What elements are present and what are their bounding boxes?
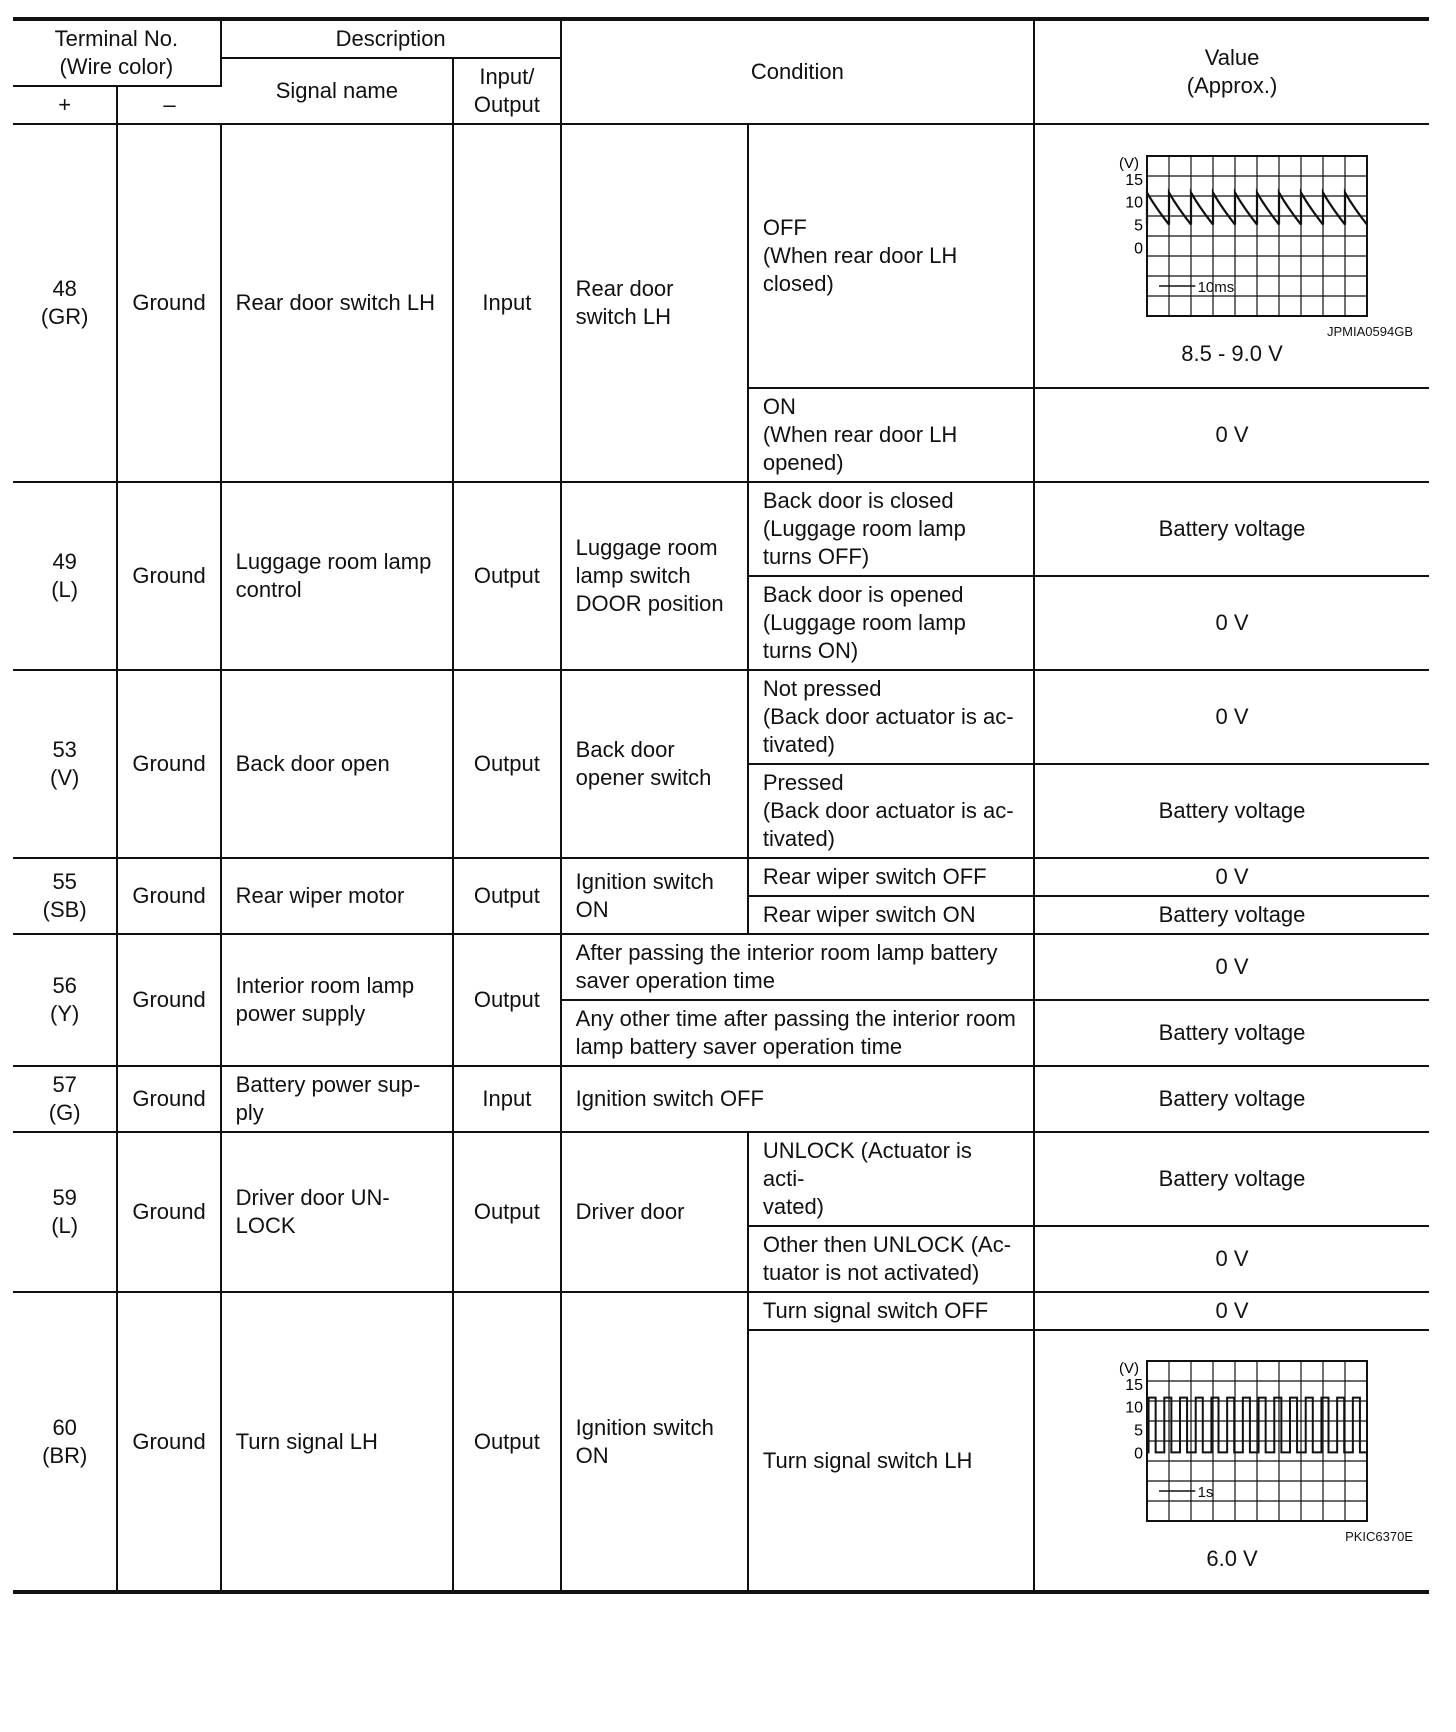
terminal-cell: 49(L)	[13, 482, 117, 670]
table-row: 55(SB) Ground Rear wiper motor Output Ig…	[13, 858, 1429, 896]
value-cell: Battery voltage	[1034, 764, 1429, 858]
oscilloscope-waveform-sawtooth: (V)05101510ms	[1067, 144, 1397, 324]
table-row: 48(GR) Ground Rear door switch LH Input …	[13, 124, 1429, 388]
terminal-cell: 48(GR)	[13, 124, 117, 482]
condition-sub-cell: Other then UNLOCK (Ac-tuator is not acti…	[748, 1226, 1034, 1292]
value-cell: 0 V	[1034, 670, 1429, 764]
condition-sub-cell: OFF(When rear door LHclosed)	[748, 124, 1034, 388]
ground-cell: Ground	[117, 482, 220, 670]
header-plus: +	[13, 86, 117, 124]
value-text: 8.5 - 9.0 V	[1035, 340, 1429, 368]
condition-sub-cell: ON(When rear door LHopened)	[748, 388, 1034, 482]
value-cell-waveform: (V)0510151s PKIC6370E 6.0 V	[1034, 1330, 1429, 1592]
value-cell: Battery voltage	[1034, 482, 1429, 576]
ground-cell: Ground	[117, 1292, 220, 1592]
condition-sub-cell: UNLOCK (Actuator is acti-vated)	[748, 1132, 1034, 1226]
value-cell: 0 V	[1034, 576, 1429, 670]
value-text: 6.0 V	[1035, 1545, 1429, 1573]
value-cell: Battery voltage	[1034, 1000, 1429, 1066]
terminal-cell: 56(Y)	[13, 934, 117, 1066]
terminal-cell: 60(BR)	[13, 1292, 117, 1592]
table-row: 53(V) Ground Back door open Output Back …	[13, 670, 1429, 764]
table-row: 49(L) Ground Luggage room lamp control O…	[13, 482, 1429, 576]
condition-cell: After passing the interior room lamp bat…	[561, 934, 1034, 1000]
ground-cell: Ground	[117, 934, 220, 1066]
header-io-line2: Output	[474, 92, 540, 117]
condition-main-cell: Back door opener switch	[561, 670, 748, 858]
condition-cell: Any other time after passing the interio…	[561, 1000, 1034, 1066]
header-terminal-no: Terminal No.	[55, 26, 178, 51]
header-wire-color: (Wire color)	[59, 54, 173, 79]
header-description: Description	[221, 19, 561, 58]
value-cell: 0 V	[1034, 1226, 1429, 1292]
io-cell: Output	[453, 670, 561, 858]
svg-text:5: 5	[1134, 218, 1143, 235]
value-cell: Battery voltage	[1034, 896, 1429, 934]
condition-main-cell: Luggage room lamp switch DOOR position	[561, 482, 748, 670]
signal-name-cell: Interior room lamp power supply	[221, 934, 453, 1066]
ground-cell: Ground	[117, 1066, 220, 1132]
condition-sub-cell: Turn signal switch OFF	[748, 1292, 1034, 1330]
value-cell: Battery voltage	[1034, 1132, 1429, 1226]
value-cell-waveform: (V)05101510ms JPMIA0594GB 8.5 - 9.0 V	[1034, 124, 1429, 388]
ground-cell: Ground	[117, 670, 220, 858]
terminal-cell: 59(L)	[13, 1132, 117, 1292]
oscilloscope-waveform-square: (V)0510151s	[1067, 1349, 1397, 1529]
ground-cell: Ground	[117, 124, 220, 482]
value-cell: Battery voltage	[1034, 1066, 1429, 1132]
condition-main-cell: Rear door switch LH	[561, 124, 748, 482]
svg-text:5: 5	[1134, 1422, 1143, 1439]
io-cell: Output	[453, 858, 561, 934]
terminal-cell: 53(V)	[13, 670, 117, 858]
condition-sub-cell: Back door is closed(Luggage room lamptur…	[748, 482, 1034, 576]
signal-name-cell: Turn signal LH	[221, 1292, 453, 1592]
value-cell: 0 V	[1034, 388, 1429, 482]
condition-main-cell: Driver door	[561, 1132, 748, 1292]
svg-text:10: 10	[1125, 195, 1143, 212]
svg-text:10: 10	[1125, 1399, 1143, 1416]
svg-text:(V): (V)	[1119, 155, 1139, 172]
figure-code: PKIC6370E	[1035, 1529, 1429, 1545]
table-row: 60(BR) Ground Turn signal LH Output Igni…	[13, 1292, 1429, 1330]
table-row: 56(Y) Ground Interior room lamp power su…	[13, 934, 1429, 1000]
condition-sub-cell: Back door is opened(Luggage room lamptur…	[748, 576, 1034, 670]
header-terminal: Terminal No. (Wire color)	[13, 19, 221, 86]
signal-name-cell: Back door open	[221, 670, 453, 858]
signal-name-cell: Driver door UN- LOCK	[221, 1132, 453, 1292]
svg-text:0: 0	[1134, 240, 1143, 257]
io-cell: Input	[453, 1066, 561, 1132]
header-signal-name: Signal name	[221, 58, 453, 124]
io-cell: Output	[453, 934, 561, 1066]
header-value: Value (Approx.)	[1034, 19, 1429, 124]
header-io: Input/ Output	[453, 58, 561, 124]
signal-name-cell: Rear wiper motor	[221, 858, 453, 934]
terminal-cell: 55(SB)	[13, 858, 117, 934]
signal-name-cell: Luggage room lamp control	[221, 482, 453, 670]
svg-text:15: 15	[1125, 1376, 1143, 1393]
io-cell: Output	[453, 1132, 561, 1292]
header-minus: –	[117, 86, 220, 124]
io-cell: Output	[453, 482, 561, 670]
svg-text:1s: 1s	[1198, 1484, 1214, 1501]
figure-code: JPMIA0594GB	[1035, 324, 1429, 340]
signal-name-cell: Rear door switch LH	[221, 124, 453, 482]
condition-sub-cell: Not pressed(Back door actuator is ac-tiv…	[748, 670, 1034, 764]
value-cell: 0 V	[1034, 858, 1429, 896]
header-condition: Condition	[561, 19, 1034, 124]
terminal-cell: 57(G)	[13, 1066, 117, 1132]
io-cell: Output	[453, 1292, 561, 1592]
header-value-approx: (Approx.)	[1187, 73, 1277, 98]
condition-main-cell: Ignition switch ON	[561, 1292, 748, 1592]
terminal-table: Terminal No. (Wire color) Description Co…	[13, 17, 1429, 1594]
condition-sub-cell: Rear wiper switch OFF	[748, 858, 1034, 896]
signal-name-cell: Battery power sup- ply	[221, 1066, 453, 1132]
svg-text:(V): (V)	[1119, 1360, 1139, 1377]
value-cell: 0 V	[1034, 1292, 1429, 1330]
condition-sub-cell: Turn signal switch LH	[748, 1330, 1034, 1592]
condition-main-cell: Ignition switch ON	[561, 858, 748, 934]
table-row: 57(G) Ground Battery power sup- ply Inpu…	[13, 1066, 1429, 1132]
condition-cell: Ignition switch OFF	[561, 1066, 1034, 1132]
table-row: 59(L) Ground Driver door UN- LOCK Output…	[13, 1132, 1429, 1226]
svg-text:0: 0	[1134, 1445, 1143, 1462]
svg-text:15: 15	[1125, 172, 1143, 189]
condition-sub-cell: Rear wiper switch ON	[748, 896, 1034, 934]
svg-text:10ms: 10ms	[1198, 279, 1235, 296]
ground-cell: Ground	[117, 858, 220, 934]
header-value-label: Value	[1205, 45, 1260, 70]
io-cell: Input	[453, 124, 561, 482]
header-io-line1: Input/	[479, 64, 534, 89]
condition-sub-cell: Pressed(Back door actuator is ac-tivated…	[748, 764, 1034, 858]
value-cell: 0 V	[1034, 934, 1429, 1000]
ground-cell: Ground	[117, 1132, 220, 1292]
